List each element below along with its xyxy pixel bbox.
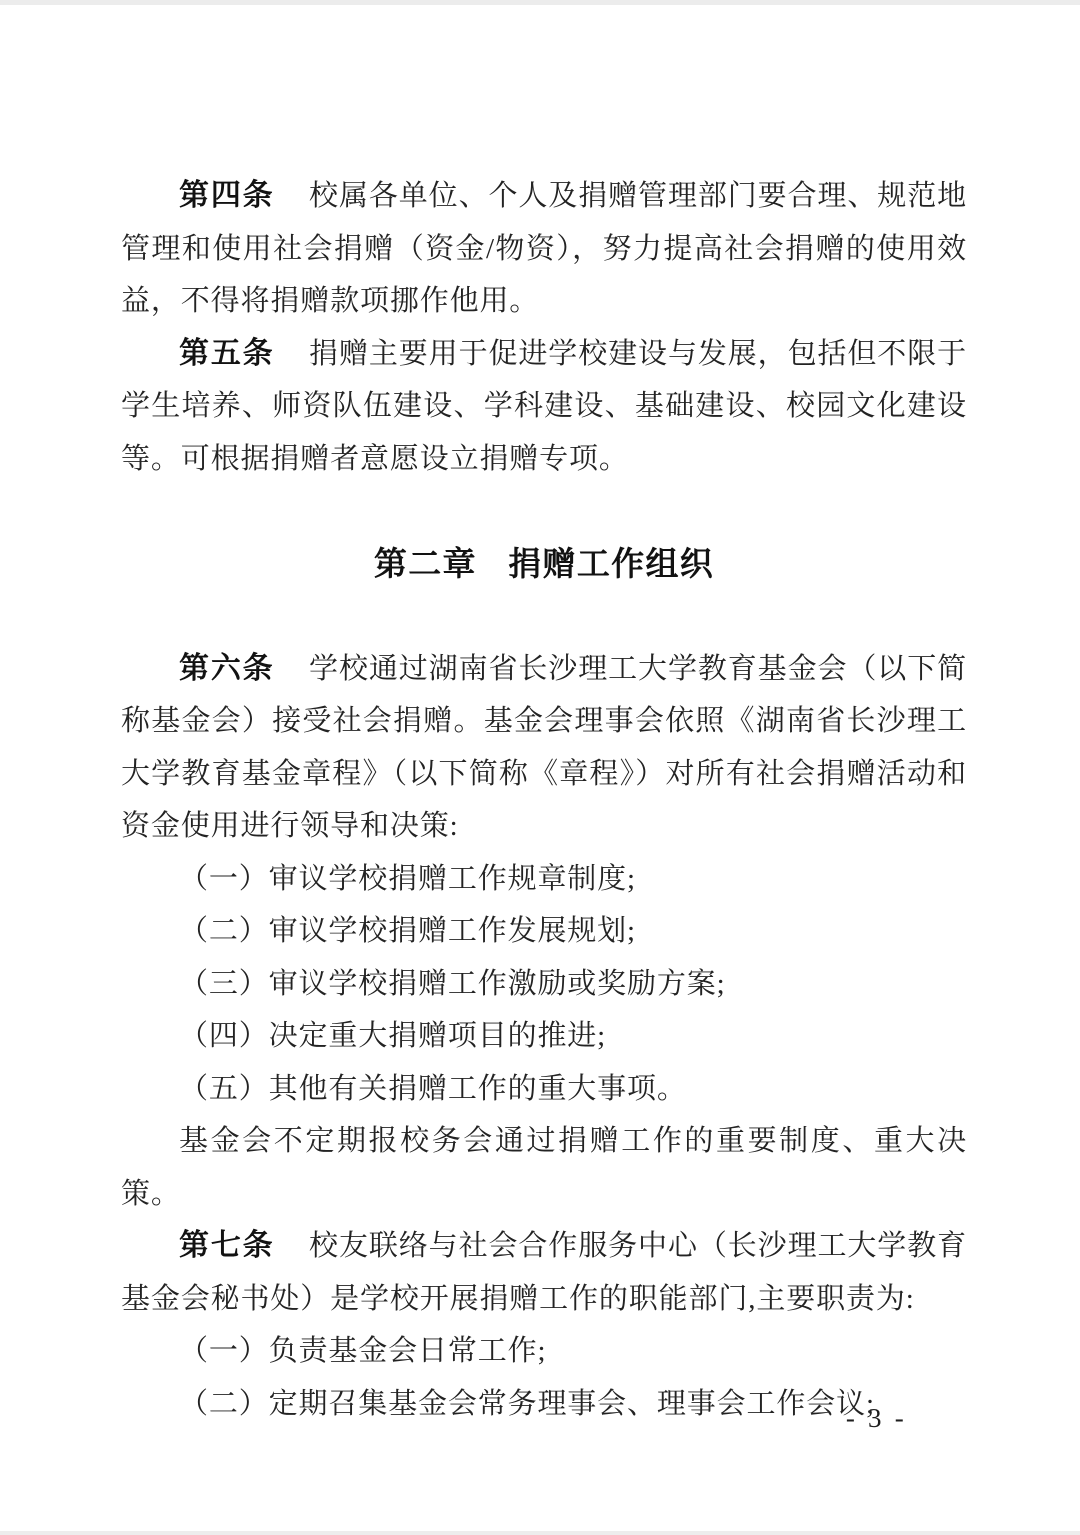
scan-edge-artifact-bottom xyxy=(0,1531,1080,1535)
article-6-item-1: （一）审议学校捐赠工作规章制度; xyxy=(121,853,967,906)
document-body: 第四条校属各单位、个人及捐赠管理部门要合理、规范地管理和使用社会捐赠（资金/物资… xyxy=(121,170,967,1430)
article-4-label: 第四条 xyxy=(179,179,275,212)
chapter-2-heading: 第二章捐赠工作组织 xyxy=(121,538,967,591)
article-6-label: 第六条 xyxy=(179,652,275,685)
article-6-paragraph: 第六条学校通过湖南省长沙理工大学教育基金会（以下简称基金会）接受社会捐赠。基金会… xyxy=(121,643,967,853)
article-6-item-5: （五）其他有关捐赠工作的重大事项。 xyxy=(121,1063,967,1116)
article-4-paragraph: 第四条校属各单位、个人及捐赠管理部门要合理、规范地管理和使用社会捐赠（资金/物资… xyxy=(121,170,967,328)
article-6-item-2: （二）审议学校捐赠工作发展规划; xyxy=(121,905,967,958)
chapter-2-number: 第二章 xyxy=(374,545,477,582)
article-7-item-1: （一）负责基金会日常工作; xyxy=(121,1325,967,1378)
article-7-paragraph: 第七条校友联络与社会合作服务中心（长沙理工大学教育基金会秘书处）是学校开展捐赠工… xyxy=(121,1220,967,1325)
scan-edge-artifact-top xyxy=(0,0,1080,5)
article-5-label: 第五条 xyxy=(179,337,275,370)
document-page: 第四条校属各单位、个人及捐赠管理部门要合理、规范地管理和使用社会捐赠（资金/物资… xyxy=(0,0,1080,1535)
chapter-2-title: 捐赠工作组织 xyxy=(508,545,714,582)
article-6-item-3: （三）审议学校捐赠工作激励或奖励方案; xyxy=(121,958,967,1011)
page-number: - 3 - xyxy=(0,1400,907,1436)
article-6-item-4: （四）决定重大捐赠项目的推进; xyxy=(121,1010,967,1063)
article-6-note: 基金会不定期报校务会通过捐赠工作的重要制度、重大决策。 xyxy=(121,1115,967,1220)
article-5-paragraph: 第五条捐赠主要用于促进学校建设与发展，包括但不限于学生培养、师资队伍建设、学科建… xyxy=(121,328,967,486)
article-7-label: 第七条 xyxy=(179,1229,275,1262)
